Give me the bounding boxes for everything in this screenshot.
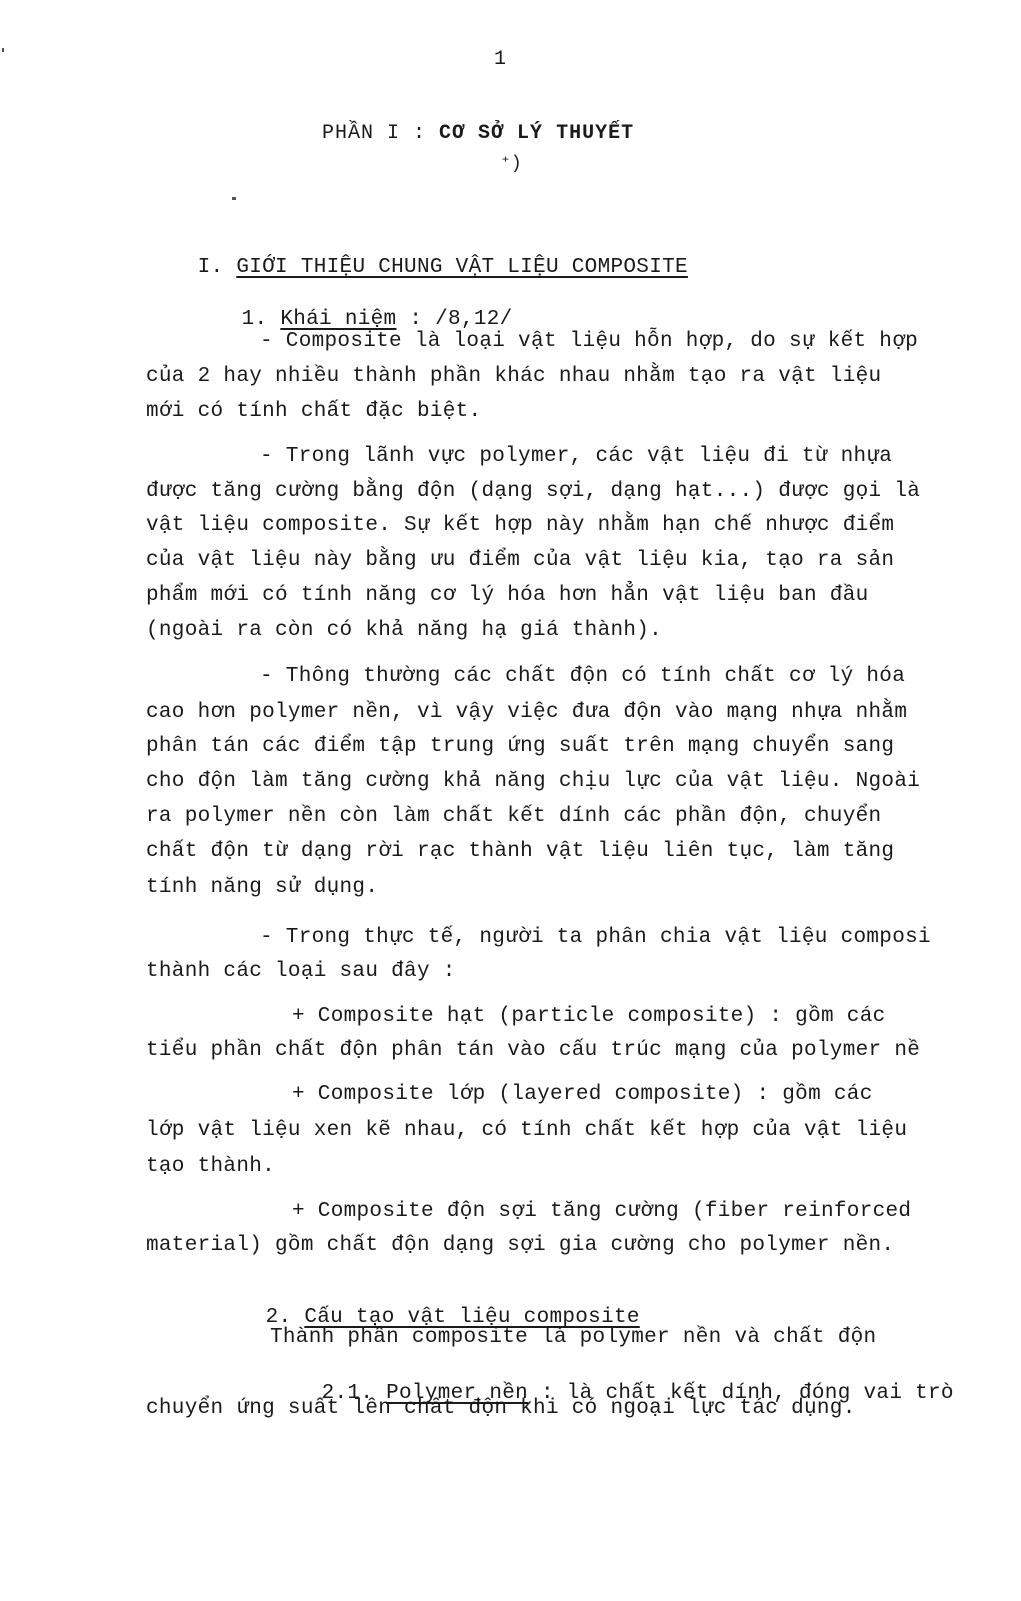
section-heading-number: I. (198, 256, 224, 279)
handwritten-mark: ⁺) (500, 152, 522, 174)
body-line: chất độn từ dạng rời rạc thành vật liệu … (146, 841, 894, 862)
body-line: mới có tính chất đặc biệt. (146, 401, 481, 422)
body-line: - Composite là loại vật liệu hỗn hợp, do… (260, 331, 918, 352)
body-line: ra polymer nền còn làm chất kết dính các… (146, 806, 881, 827)
section-heading-title: GIỚI THIỆU CHUNG VẬT LIỆU COMPOSITE (236, 256, 688, 279)
body-line: thành các loại sau đây : (146, 961, 456, 982)
scan-speck (232, 197, 236, 200)
body-line: của vật liệu này bằng ưu điểm của vật li… (146, 550, 894, 571)
body-line: của 2 hay nhiều thành phần khác nhau nhằ… (146, 366, 881, 387)
body-line: - Trong lãnh vực polymer, các vật liệu đ… (260, 446, 892, 467)
body-line: chuyển ứng suất lên chất độn khi có ngoạ… (146, 1398, 856, 1419)
subsection-1-number: 1. (242, 308, 268, 331)
body-line: cho độn làm tăng cường khả năng chịu lực… (146, 771, 920, 792)
body-line: - Trong thực tế, người ta phân chia vật … (260, 927, 931, 948)
document-page: 1 PHẦN I : CƠ SỞ LÝ THUYẾT ⁺) I. GIỚI TH… (0, 0, 1021, 1601)
body-line: material) gồm chất độn dạng sợi gia cườn… (146, 1235, 894, 1256)
body-line: phẩm mới có tính năng cơ lý hóa hơn hẳn … (146, 585, 869, 606)
body-line: lớp vật liệu xen kẽ nhau, có tính chất k… (146, 1120, 907, 1141)
scan-speck (2, 48, 4, 52)
subsection-1-reference: : /8,12/ (396, 308, 512, 331)
part-heading-prefix: PHẦN I : (322, 122, 439, 145)
body-line: được tăng cường bằng độn (dạng sợi, dạng… (146, 481, 920, 502)
part-heading: PHẦN I : CƠ SỞ LÝ THUYẾT (270, 104, 634, 164)
body-line: phân tán các điểm tập trung ứng suất trê… (146, 736, 894, 757)
list-item: + Composite lớp (layered composite) : gồ… (292, 1084, 873, 1105)
body-line: vật liệu composite. Sự kết hợp này nhằm … (146, 515, 894, 536)
body-line: Thành phần composite là polymer nền và c… (270, 1327, 876, 1348)
list-item: + Composite hạt (particle composite) : g… (292, 1006, 886, 1027)
page-number: 1 (494, 48, 506, 71)
list-item: + Composite độn sợi tăng cường (fiber re… (292, 1201, 911, 1222)
subsection-1-title: Khái niệm (280, 308, 396, 331)
body-line: (ngoài ra còn có khả năng hạ giá thành). (146, 620, 662, 641)
body-line: tạo thành. (146, 1156, 275, 1177)
body-line: - Thông thường các chất độn có tính chất… (260, 666, 905, 687)
part-heading-title: CƠ SỞ LÝ THUYẾT (439, 122, 634, 145)
body-line: tiểu phần chất độn phân tán vào cấu trúc… (146, 1040, 920, 1061)
body-line: tính năng sử dụng. (146, 877, 378, 898)
body-line: cao hơn polymer nền, vì vậy việc đưa độn… (146, 702, 907, 723)
